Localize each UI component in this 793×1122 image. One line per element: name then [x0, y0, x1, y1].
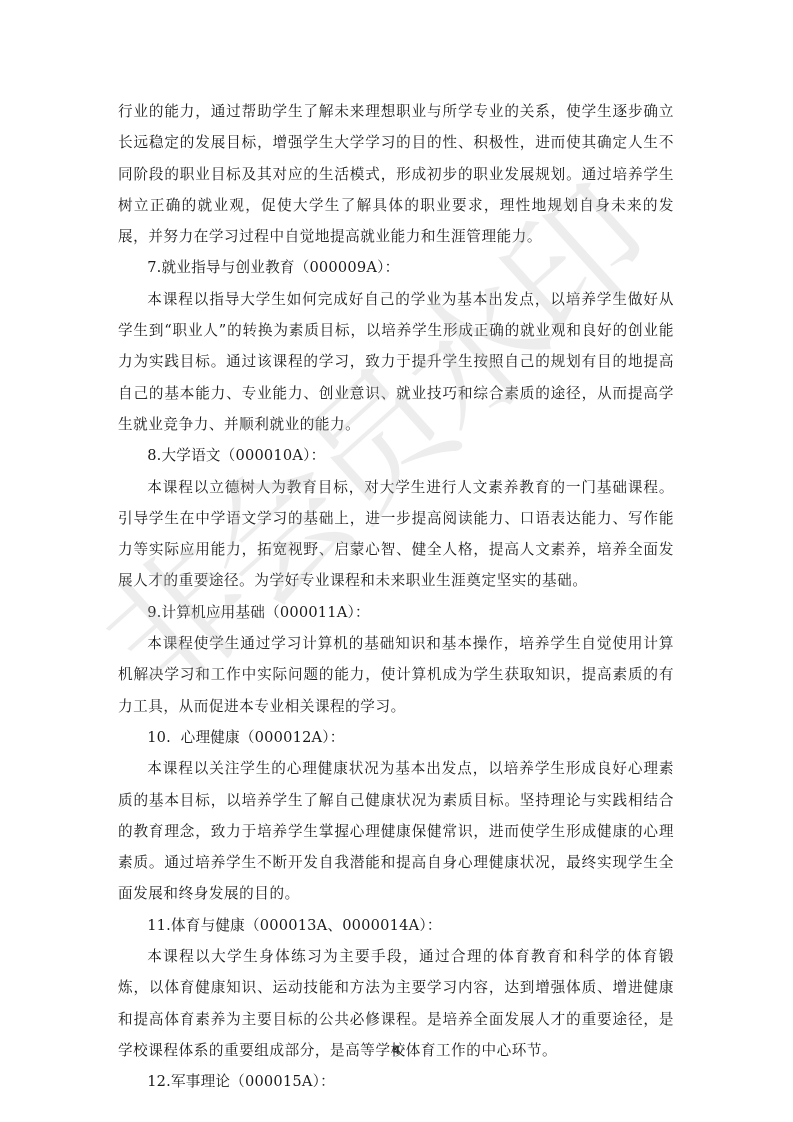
- page-number: 4: [0, 1044, 793, 1057]
- section-heading-11: 11.体育与健康（000013A、0000014A）：: [118, 910, 674, 941]
- section-heading-12: 12.军事理论（000015A）：: [118, 1066, 674, 1097]
- paragraph-continued: 行业的能力，通过帮助学生了解未来理想职业与所学专业的关系，使学生逐步确立长远稳定…: [118, 96, 674, 252]
- section-heading-9: 9.计算机应用基础（000011A）：: [118, 597, 674, 628]
- paragraph-9: 本课程使学生通过学习计算机的基础知识和基本操作，培养学生自觉使用计算机解决学习和…: [118, 628, 674, 722]
- page-content: 行业的能力，通过帮助学生了解未来理想职业与所学专业的关系，使学生逐步确立长远稳定…: [118, 96, 674, 1098]
- section-heading-8: 8.大学语文（000010A）：: [118, 440, 674, 471]
- paragraph-7: 本课程以指导大学生如何完成好自己的学业为基本出发点，以培养学生做好从学生到“职业…: [118, 284, 674, 440]
- document-page: 行业的能力，通过帮助学生了解未来理想职业与所学专业的关系，使学生逐步确立长远稳定…: [0, 0, 793, 1122]
- section-heading-7: 7.就业指导与创业教育（000009A）：: [118, 252, 674, 283]
- paragraph-8: 本课程以立德树人为教育目标，对大学生进行人文素养教育的一门基础课程。引导学生在中…: [118, 472, 674, 597]
- section-heading-10: 10. 心理健康（000012A）：: [118, 722, 674, 753]
- paragraph-10: 本课程以关注学生的心理健康状况为基本出发点，以培养学生形成良好心理素质的基本目标…: [118, 753, 674, 909]
